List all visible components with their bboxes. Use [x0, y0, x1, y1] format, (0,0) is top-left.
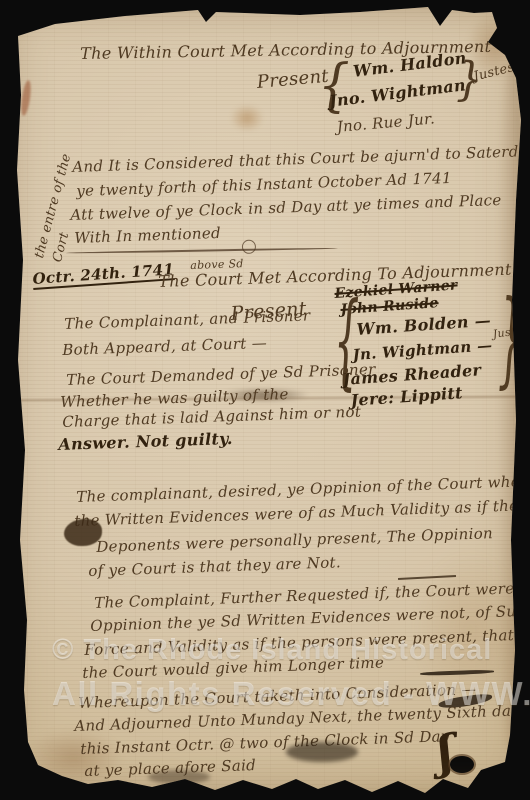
order-line: With In mentioned	[74, 224, 221, 247]
divider-loop	[242, 240, 256, 254]
opinion-line: of ye Court is that they are Not.	[88, 553, 341, 580]
ink-flourish: ʃ	[434, 724, 457, 780]
section-divider	[66, 247, 338, 254]
ink-flourish	[398, 575, 456, 580]
justice-name: Jno. Rue Jur.	[336, 109, 436, 136]
watermark-line-2: All Rights Reserved - WWW.RI	[52, 675, 530, 713]
appearance-line: Both Appeard, at Court —	[62, 334, 267, 359]
appearance-line: The Complainant, and Prisoner	[64, 306, 311, 333]
opinion-line: Deponents were personally present, The O…	[96, 524, 493, 556]
plea-line: The Court Demanded of ye Sd Prisoner	[66, 360, 376, 389]
brace-right: }	[498, 288, 524, 392]
adjournment-line: at ye place afore Said	[84, 756, 256, 780]
watermark-line-1: © The Rhode Island Historical	[52, 634, 492, 667]
plea-line: Answer. Not guilty.	[58, 429, 233, 454]
date-line: Octr. 24th. 1741	[32, 260, 175, 288]
order-line: And It is Considered that this Court be …	[72, 142, 530, 176]
margin-note: Cort	[50, 231, 72, 264]
photo-background: The Within Court Met According to Adjour…	[0, 0, 530, 800]
